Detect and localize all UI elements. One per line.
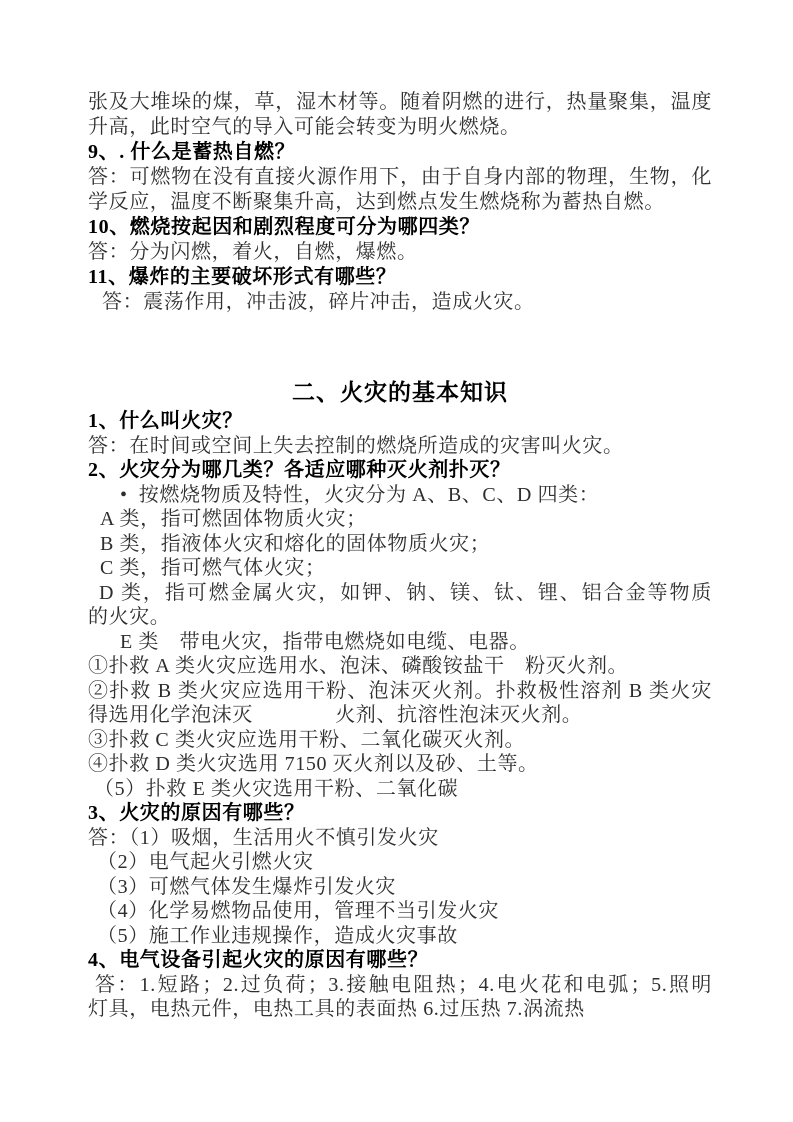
text-line: 张及大堆垛的煤，草，湿木材等。随着阴燃的进行，热量聚集，温度: [88, 90, 712, 115]
document-page: 张及大堆垛的煤，草，湿木材等。随着阴燃的进行，热量聚集，温度升高，此时空气的导入…: [0, 0, 793, 1122]
text-line: • 按燃烧物质及特性，火灾分为 A、B、C、D 四类：: [88, 483, 712, 508]
text-line: 学反应，温度不断聚集升高，达到燃点发生燃烧称为蓄热自燃。: [88, 190, 712, 215]
text-line: 灯具，电热元件，电热工具的表面热 6.过压热 7.涡流热: [88, 997, 712, 1022]
text-line: 的火灾。: [88, 605, 712, 630]
text-line: A 类，指可燃固体物质火灾；: [88, 507, 712, 532]
text-line: 得选用化学泡沫灭 火剂、抗溶性泡沫灭火剂。: [88, 703, 712, 728]
question-line: 9、. 什么是蓄热自燃？: [88, 140, 712, 165]
text-line: （5）施工作业违规操作，造成火灾事故: [88, 924, 712, 949]
text-line: （3）可燃气体发生爆炸引发火灾: [88, 875, 712, 900]
text-line: 答：分为闪燃，着火，自燃，爆燃。: [88, 240, 712, 265]
text-line: E 类 带电火灾，指带电燃烧如电缆、电器。: [88, 630, 712, 655]
document-content: 张及大堆垛的煤，草，湿木材等。随着阴燃的进行，热量聚集，温度升高，此时空气的导入…: [88, 90, 712, 1022]
text-line: ④扑救 D 类火灾选用 7150 灭火剂以及砂、土等。: [88, 752, 712, 777]
text-line: ②扑救 B 类火灾应选用干粉、泡沫灭火剂。扑救极性溶剂 B 类火灾不: [88, 679, 712, 704]
text-line: 升高，此时空气的导入可能会转变为明火燃烧。: [88, 115, 712, 140]
text-line: 答：在时间或空间上失去控制的燃烧所造成的灾害叫火灾。: [88, 434, 712, 459]
text-line: 答：可燃物在没有直接火源作用下，由于自身内部的物理，生物，化: [88, 165, 712, 190]
text-line: （2）电气起火引燃火灾: [88, 850, 712, 875]
question-line: 1、什么叫火灾？: [88, 409, 712, 434]
text-line: ①扑救 A 类火灾应选用水、泡沫、磷酸铵盐干 粉灭火剂。: [88, 654, 712, 679]
question-line: 10、燃烧按起因和剧烈程度可分为哪四类？: [88, 215, 712, 240]
text-line: ③扑救 C 类火灾应选用干粉、二氧化碳灭火剂。: [88, 728, 712, 753]
text-line: 答：震荡作用，冲击波，碎片冲击，造成火灾。: [88, 290, 712, 315]
question-line: 3、火灾的原因有哪些？: [88, 801, 712, 826]
text-line: （5）扑救 E 类火灾选用干粉、二氧化碳: [88, 777, 712, 802]
intro-paragraphs: 张及大堆垛的煤，草，湿木材等。随着阴燃的进行，热量聚集，温度升高，此时空气的导入…: [88, 90, 712, 315]
text-line: 答：1.短路；2.过负荷；3.接触电阻热；4.电火花和电弧；5.照明: [88, 973, 712, 998]
question-line: 4、电气设备引起火灾的原因有哪些？: [88, 948, 712, 973]
text-line: C 类，指可燃气体火灾；: [88, 556, 712, 581]
text-line: B 类，指液体火灾和熔化的固体物质火灾；: [88, 532, 712, 557]
question-line: 11、爆炸的主要破坏形式有哪些？: [88, 265, 712, 290]
text-line: D 类，指可燃金属火灾，如钾、钠、镁、钛、锂、铝合金等物质: [88, 581, 712, 606]
text-line: （4）化学易燃物品使用，管理不当引发火灾: [88, 899, 712, 924]
text-line: 答：（1）吸烟，生活用火不慎引发火灾: [88, 826, 712, 851]
question-line: 2、火灾分为哪几类？各适应哪种灭火剂扑灭？: [88, 458, 712, 483]
section-paragraphs: 1、什么叫火灾？答：在时间或空间上失去控制的燃烧所造成的灾害叫火灾。2、火灾分为…: [88, 409, 712, 1022]
section-heading: 二、火灾的基本知识: [88, 377, 712, 409]
